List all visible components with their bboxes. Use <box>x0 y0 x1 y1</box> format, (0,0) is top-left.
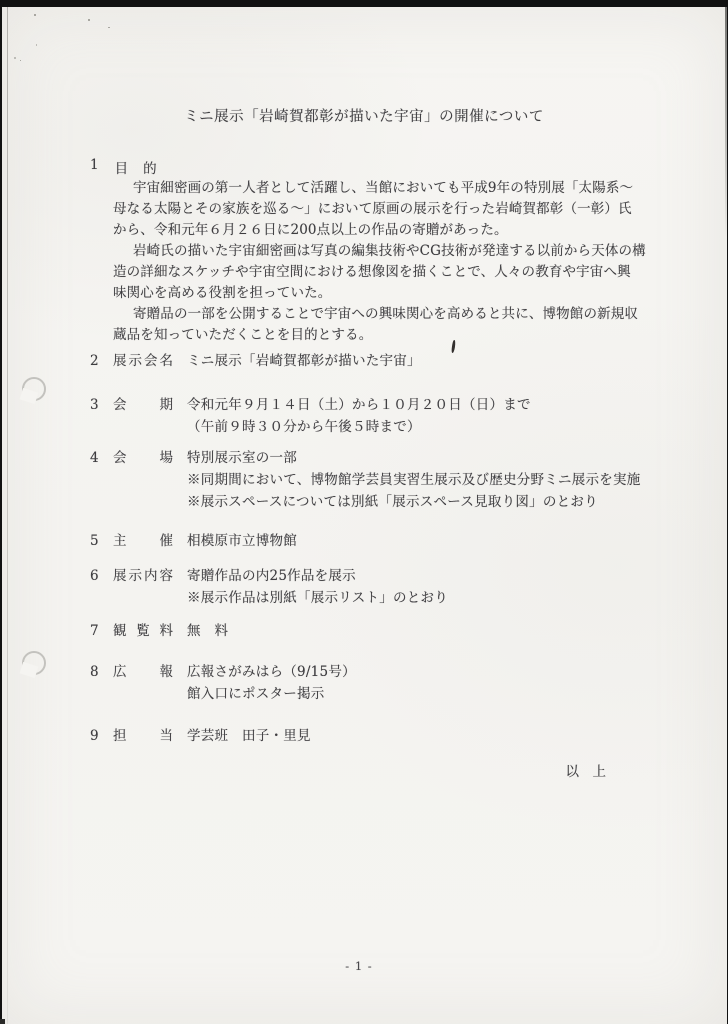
section-content-line: 広報さがみはら（9/15号） <box>187 661 356 683</box>
scan-speck <box>34 14 36 16</box>
scan-corner-blot <box>0 1019 5 1024</box>
paragraph-line: 造の詳細なスケッチや宇宙空間における想像図を描くことで、人々の教育や宇宙へ興 <box>113 262 633 283</box>
section-content-line: 相模原市立博物館 <box>187 530 297 552</box>
section-number: 2 <box>90 350 99 372</box>
section-label: 担当 <box>113 725 173 747</box>
section-number: 8 <box>90 661 99 683</box>
section-number: 5 <box>90 530 99 552</box>
section-label: 会期 <box>113 394 173 416</box>
section-label: 広報 <box>113 661 173 683</box>
section-content-line: 特別展示室の一部 <box>187 447 640 469</box>
section-content-line: （午前９時３０分から午後５時まで） <box>187 416 531 438</box>
section-number: 6 <box>90 565 99 587</box>
paragraph-line: 蔵品を知っていただくことを目的とする。 <box>113 325 633 346</box>
scanned-document-page: ミニ展示「岩崎賀都彰が描いた宇宙」の開催について 1目的 宇宙細密画の第一人者と… <box>0 0 728 1024</box>
paragraph-line: 味関心を高める役割を担っていた。 <box>113 283 633 304</box>
section-number: 4 <box>90 447 99 469</box>
scan-speck <box>14 57 16 59</box>
scan-edge-left <box>7 7 8 1024</box>
paragraph-line: から、令和元年６月２６日に200点以上の作品の寄贈があった。 <box>113 220 633 241</box>
paragraph-line: 宇宙細密画の第一人者として活躍し、当館においても平成9年の特別展「太陽系～ <box>113 178 633 199</box>
section-label: 主催 <box>113 530 173 552</box>
section-number: 9 <box>90 725 99 747</box>
section-content-line: 館入口にポスター掲示 <box>187 683 356 705</box>
section-label: 目的 <box>115 157 157 177</box>
paragraph-line: 母なる太陽とその家族を巡る～」において原画の展示を行った岩崎賀都彰（一彰）氏 <box>113 199 633 220</box>
section-label: 会場 <box>113 447 173 469</box>
paragraph-line: 岩崎氏の描いた宇宙細密画は写真の編集技術やCG技術が発達する以前から天体の構 <box>113 241 633 262</box>
scan-speck <box>36 44 37 46</box>
section-number: 3 <box>90 394 99 416</box>
punch-hole-icon <box>22 651 46 675</box>
section-label: 展示内容 <box>113 565 173 587</box>
section-label: 展示会名 <box>113 350 173 372</box>
document-title: ミニ展示「岩崎賀都彰が描いた宇宙」の開催について <box>0 105 728 126</box>
section-number: 1 <box>90 157 99 173</box>
paragraph-line: 寄贈品の一部を公開することで宇宙への興味関心を高めると共に、博物館の新規収 <box>113 304 633 325</box>
section-content-line: ミニ展示「岩崎賀都彰が描いた宇宙」 <box>187 350 421 372</box>
section-label: 観覧料 <box>113 620 173 642</box>
section-1-heading: 1目的 <box>90 157 157 177</box>
scan-speck <box>20 60 21 61</box>
punch-hole-icon <box>22 377 46 401</box>
scan-speck <box>88 19 90 21</box>
section-content-line: 寄贈作品の内25作品を展示 <box>187 565 448 587</box>
purpose-paragraphs: 宇宙細密画の第一人者として活躍し、当館においても平成9年の特別展「太陽系～ 母な… <box>113 178 633 346</box>
section-content-line: ※展示スペースについては別紙「展示スペース見取り図」のとおり <box>187 491 640 513</box>
section-content-line: 学芸班 田子・里見 <box>187 725 311 747</box>
scan-speck <box>108 27 110 28</box>
page-number: - 1 - <box>0 959 718 973</box>
section-number: 7 <box>90 620 99 642</box>
section-content-line: 無 料 <box>187 620 228 642</box>
section-content-line: ※同期間において、博物館学芸員実習生展示及び歴史分野ミニ展示を実施 <box>187 469 640 491</box>
section-content-line: ※展示作品は別紙「展示リスト」のとおり <box>187 587 448 609</box>
closing-ijou: 以 上 <box>566 760 607 780</box>
section-content-line: 令和元年９月１４日（土）から１０月２０日（日）まで <box>187 394 531 416</box>
